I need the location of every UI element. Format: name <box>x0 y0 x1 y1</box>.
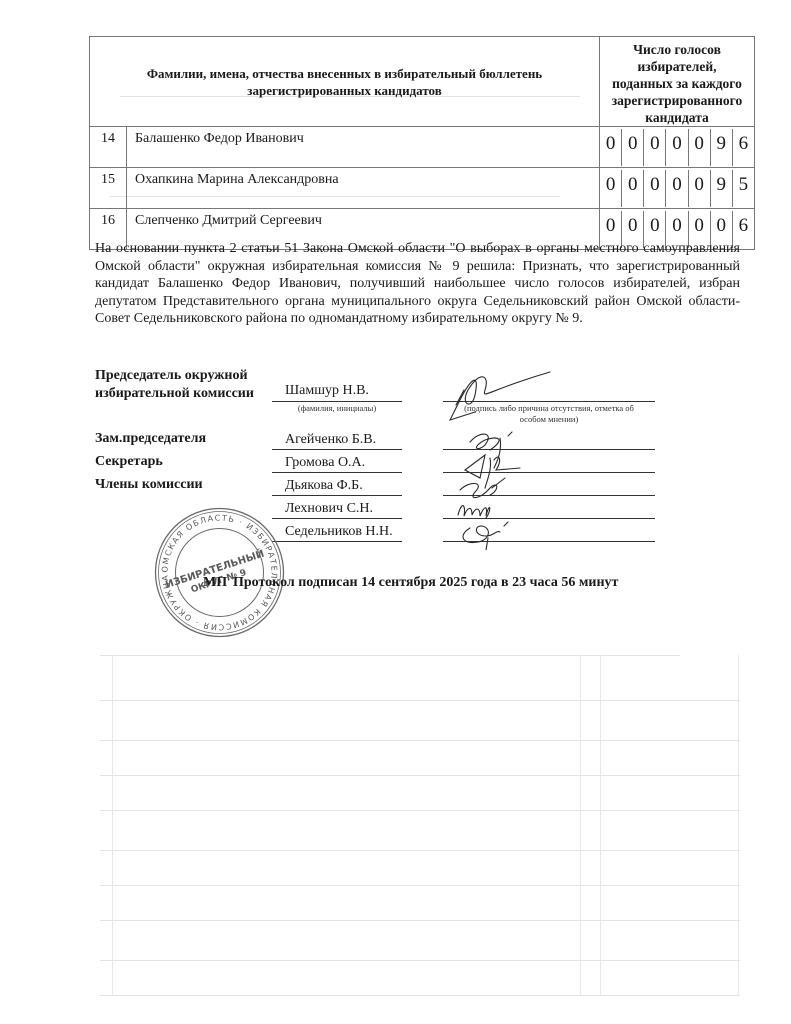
decision-paragraph: На основании пункта 2 статьи 51 Закона О… <box>95 240 740 328</box>
vote-digit: 5 <box>732 170 754 207</box>
vote-count: 0 0 0 0 0 9 6 <box>600 127 755 168</box>
vote-digit: 9 <box>710 170 732 207</box>
chair-label: Председатель окружной избирательной коми… <box>95 367 254 403</box>
vote-count: 0 0 0 0 0 9 5 <box>600 168 755 209</box>
vote-digit: 0 <box>665 170 687 207</box>
vote-digit: 0 <box>643 129 665 166</box>
table-header-row: Фамилии, имена, отчества внесенных в изб… <box>90 37 755 127</box>
vote-digit: 9 <box>710 129 732 166</box>
protocol-signed-text: Протокол подписан 14 сентября 2025 года … <box>233 575 618 591</box>
table-row: 15 Охапкина Марина Александровна 0 0 0 0… <box>90 168 755 209</box>
member-name-line <box>272 518 402 519</box>
chair-label-line1: Председатель окружной <box>95 367 254 385</box>
chair-name: Шамшур Н.В. <box>285 383 369 399</box>
header-votes: Число голосов избирателей, поданных за к… <box>600 37 755 127</box>
deputy-name: Агейченко Б.В. <box>285 432 376 448</box>
protocol-page: Фамилии, имена, отчества внесенных в изб… <box>0 0 791 1024</box>
name-caption: (фамилия, инициалы) <box>272 403 402 414</box>
row-number: 14 <box>90 127 127 168</box>
chair-label-line2: избирательной комиссии <box>95 385 254 403</box>
secretary-name: Громова О.А. <box>285 455 365 471</box>
vote-digit: 0 <box>688 129 710 166</box>
member-name: Лехнович С.Н. <box>285 501 373 517</box>
official-seal: ОМСКАЯ ОБЛАСТЬ · ИЗБИРАТЕЛЬНАЯ КОМИССИЯ … <box>152 505 287 640</box>
row-number: 15 <box>90 168 127 209</box>
deputy-label: Зам.председателя <box>95 430 206 448</box>
results-table: Фамилии, имена, отчества внесенных в изб… <box>89 36 755 250</box>
header-candidates: Фамилии, имена, отчества внесенных в изб… <box>90 37 600 127</box>
secretary-label: Секретарь <box>95 453 163 471</box>
vote-digit: 0 <box>621 129 643 166</box>
candidate-name: Охапкина Марина Александровна <box>127 168 600 209</box>
vote-digit: 0 <box>665 129 687 166</box>
member-name-line <box>272 541 402 542</box>
vote-digit: 0 <box>643 170 665 207</box>
vote-digit: 0 <box>621 170 643 207</box>
header-votes-line: кандидата <box>600 109 754 126</box>
vote-digit: 6 <box>732 129 754 166</box>
chair-name-line <box>272 401 402 402</box>
secretary-name-line <box>272 472 402 473</box>
stamp-place-marker: МП <box>203 575 227 591</box>
header-votes-line: зарегистрированного <box>600 92 754 109</box>
vote-digit: 0 <box>688 170 710 207</box>
header-candidates-line2: зарегистрированных кандидатов <box>90 82 599 99</box>
member-name-line <box>272 495 402 496</box>
candidate-name: Балашенко Федор Иванович <box>127 127 600 168</box>
handwritten-signatures <box>430 360 590 550</box>
header-votes-line: поданных за каждого <box>600 75 754 92</box>
members-label: Члены комиссии <box>95 476 203 494</box>
header-candidates-line1: Фамилии, имена, отчества внесенных в изб… <box>90 65 599 82</box>
table-row: 14 Балашенко Федор Иванович 0 0 0 0 0 9 … <box>90 127 755 168</box>
member-name: Дьякова Ф.Б. <box>285 478 363 494</box>
member-name: Седельников Н.Н. <box>285 524 393 540</box>
header-votes-line: избирателей, <box>600 58 754 75</box>
deputy-name-line <box>272 449 402 450</box>
vote-digit: 0 <box>600 129 621 166</box>
vote-digit: 0 <box>600 170 621 207</box>
header-votes-line: Число голосов <box>600 41 754 58</box>
